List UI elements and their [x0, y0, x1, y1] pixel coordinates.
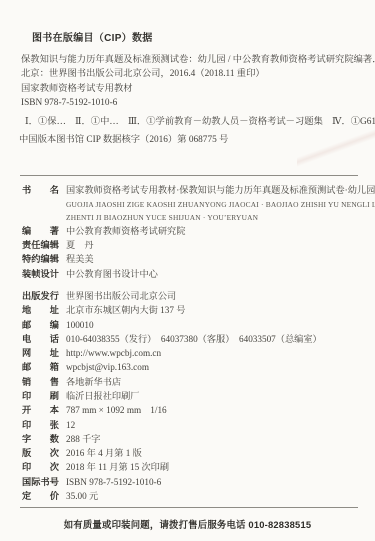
colophon-table: 书名 国家教师资格考试专用教材·保教知识与能力历年真题及标准预测试卷·幼儿园 G… [22, 183, 365, 503]
cip-line: 保教知识与能力历年真题及标准预测试卷：幼儿园 / 中公教育教师资格考试研究院编著… [21, 53, 361, 67]
colophon-row-sheets: 印张 12 [22, 418, 365, 432]
row-label: 特约编辑 [22, 252, 59, 266]
cip-header: 图书在版编目（CIP）数据 [32, 29, 375, 44]
row-label: 字数 [22, 432, 59, 446]
row-label: 印次 [22, 460, 59, 474]
row-label: 版次 [22, 446, 59, 460]
row-label: 销售 [22, 375, 59, 389]
colophon-row-wordcount: 字数 288 千字 [22, 432, 365, 446]
book-title-pinyin-line2: ZHENTI JI BIAOZHUN YUCE SHIJUAN · YOU’ER… [66, 211, 365, 224]
colophon-row-phone: 电话 010-64038355（发行） 64037380（客服） 6403350… [22, 332, 365, 346]
row-label: 印张 [22, 418, 59, 432]
row-value: wpcbjst@vip.163.com [66, 360, 149, 374]
colophon-row-printing: 印次 2018 年 11 月第 15 次印刷 [22, 460, 365, 474]
book-title-pinyin-line1: GUOJIA JIAOSHI ZIGE KAOSHI ZHUANYONG JIA… [66, 198, 365, 211]
cip-isbn-line: ISBN 978-7-5192-1010-6 [21, 96, 361, 110]
service-note: 如有质量或印装问题，请拨打售后服务电话 010-82838515 [0, 517, 375, 531]
colophon-row-design: 装帧设计 中公教育图书设计中心 [22, 267, 365, 281]
cip-line: 北京：世界图书出版公司北京公司，2016.4（2018.11 重印） [21, 67, 361, 81]
cip-record-number: 中国版本图书馆 CIP 数据核字（2016）第 068775 号 [19, 133, 367, 147]
row-label: 网址 [22, 346, 59, 360]
row-value: http://www.wpcbj.com.cn [66, 346, 161, 360]
row-value: 100010 [66, 318, 94, 332]
cip-description: 保教知识与能力历年真题及标准预测试卷：幼儿园 / 中公教育教师资格考试研究院编著… [21, 53, 361, 111]
colophon-row-editor: 编著 中公教育教师资格考试研究院 [22, 224, 365, 238]
row-value: 中公教育教师资格考试研究院 [66, 224, 185, 238]
row-value: 各地新华书店 [66, 375, 121, 389]
row-value: 12 [66, 418, 75, 432]
colophon-row-book-title: 书名 国家教师资格考试专用教材·保教知识与能力历年真题及标准预测试卷·幼儿园 [22, 183, 365, 197]
row-value: 2016 年 4 月第 1 版 [66, 446, 142, 460]
row-label: 电话 [22, 332, 59, 346]
row-value: 程美美 [66, 252, 94, 266]
colophon-row-address: 地址 北京市东城区朝内大街 137 号 [22, 303, 365, 317]
colophon-row-price: 定价 35.00 元 [22, 489, 365, 503]
colophon-row-email: 邮箱 wpcbjst@vip.163.com [22, 360, 365, 374]
book-title-value: 国家教师资格考试专用教材·保教知识与能力历年真题及标准预测试卷·幼儿园 [66, 183, 375, 197]
row-value: ISBN 978-7-5192-1010-6 [66, 475, 161, 489]
row-label: 书名 [22, 183, 59, 197]
colophon-row-special-editor: 特约编辑 程美美 [22, 252, 365, 266]
divider-bottom [20, 507, 358, 508]
scan-crease-artifact [297, 122, 375, 174]
row-value: 288 千字 [66, 432, 100, 446]
copyright-page: 图书在版编目（CIP）数据 保教知识与能力历年真题及标准预测试卷：幼儿园 / 中… [0, 0, 375, 541]
colophon-row-isbn: 国际书号 ISBN 978-7-5192-1010-6 [22, 475, 365, 489]
divider-top [20, 175, 358, 176]
colophon-row-printer: 印刷 临沂日报社印刷厂 [22, 389, 365, 403]
colophon-row-format: 开本 787 mm × 1092 mm 1/16 [22, 403, 365, 417]
row-label: 开本 [22, 403, 59, 417]
row-value: 787 mm × 1092 mm 1/16 [66, 403, 167, 417]
colophon-row-publisher: 出版发行 世界图书出版公司北京公司 [22, 289, 365, 303]
row-value: 夏 丹 [66, 238, 94, 252]
row-label: 责任编辑 [22, 238, 59, 252]
row-value: 北京市东城区朝内大街 137 号 [66, 303, 185, 317]
row-value: 35.00 元 [66, 489, 98, 503]
colophon-row-sales: 销售 各地新华书店 [22, 375, 365, 389]
row-value: 世界图书出版公司北京公司 [66, 289, 176, 303]
row-value: 010-64038355（发行） 64037380（客服） 64033507（总… [66, 332, 322, 346]
row-value: 临沂日报社印刷厂 [66, 389, 140, 403]
colophon-row-edition: 版次 2016 年 4 月第 1 版 [22, 446, 365, 460]
cip-classification: Ⅰ．①保… Ⅱ．①中… Ⅲ．①学前教育－幼教人员－资格考试－习题集 Ⅳ．①G61… [25, 115, 367, 129]
row-label: 印刷 [22, 389, 59, 403]
row-label: 地址 [22, 303, 59, 317]
row-label: 国际书号 [22, 475, 59, 489]
row-label: 邮编 [22, 318, 59, 332]
row-value: 中公教育图书设计中心 [66, 267, 158, 281]
group-spacer [22, 281, 365, 289]
row-label: 装帧设计 [22, 267, 59, 281]
colophon-row-responsible-editor: 责任编辑 夏 丹 [22, 238, 365, 252]
colophon-row-postcode: 邮编 100010 [22, 318, 365, 332]
row-label: 出版发行 [22, 289, 59, 303]
row-label: 邮箱 [22, 360, 59, 374]
row-label: 编著 [22, 224, 59, 238]
cip-line: 国家教师资格考试专用教材 [21, 82, 361, 96]
row-value: 2018 年 11 月第 15 次印刷 [66, 460, 169, 474]
row-label: 定价 [22, 489, 59, 503]
colophon-row-website: 网址 http://www.wpcbj.com.cn [22, 346, 365, 360]
